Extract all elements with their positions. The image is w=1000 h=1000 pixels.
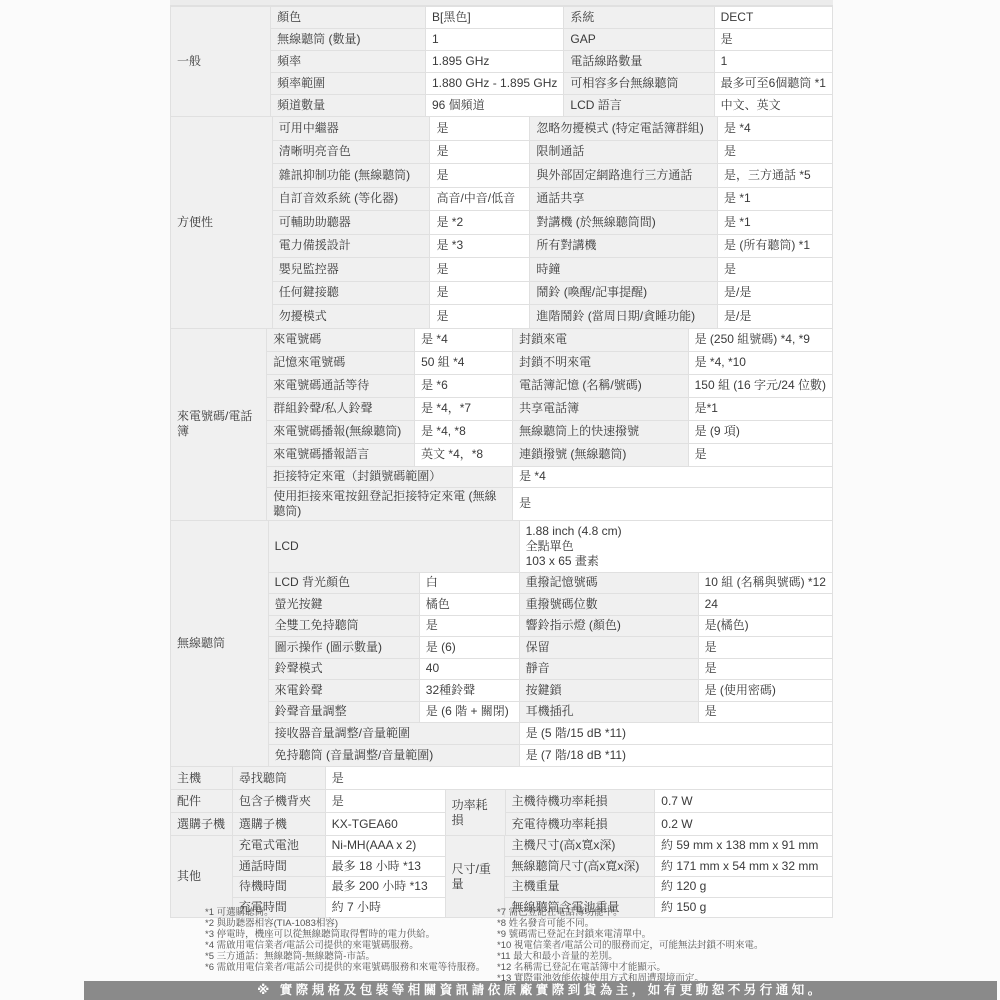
spec-value-cell: 0.2 W: [655, 813, 833, 836]
section-other: 其他充電式電池Ni-MH(AAA x 2)尺寸/重量主機尺寸(高x寬x深)約 5…: [170, 835, 833, 918]
footnote-line: *1 可選購聽筒。: [205, 908, 495, 919]
spec-label-cell: 功率耗損: [445, 790, 505, 836]
spec-value-cell: 是 *3: [430, 234, 530, 258]
spec-label-cell: 封鎖來電: [513, 328, 689, 351]
spec-label-cell: 頻率範圍: [271, 73, 426, 95]
footnote-line: *12 名稱需已登記在電話簿中才能顯示。: [497, 963, 927, 974]
spec-value-cell: 1.880 GHz - 1.895 GHz: [426, 73, 564, 95]
spec-label-cell: 選購子機: [232, 813, 325, 836]
category-cell: 無線聽筒: [171, 520, 269, 767]
table-row: 頻道數量96 個頻道LCD 語言中文、英文: [171, 95, 833, 117]
spec-value-cell: 英文 *4，*8: [415, 443, 513, 466]
table-row: 一般顏色B[黑色]系統DECT: [171, 7, 833, 29]
category-cell: 選購子機: [171, 813, 233, 836]
spec-value-cell: KX-TGEA60: [325, 813, 445, 836]
spec-value-cell: 是: [430, 117, 530, 141]
table-row: 頻率範圍1.880 GHz - 1.895 GHz可相容多台無線聽筒最多可至6個…: [171, 73, 833, 95]
footnote-line: *3 停電時，機座可以從無線聽筒取得暫時的電力供給。: [205, 930, 495, 941]
spec-label-cell: LCD 背光顏色: [268, 572, 419, 594]
table-row: 群組鈴聲/私人鈴聲是 *4，*7共享電話簿是*1: [171, 397, 833, 420]
spec-label-cell: 可相容多台無線聽筒: [564, 73, 714, 95]
spec-value-cell: 50 組 *4: [415, 351, 513, 374]
spec-value-cell: 是 (使用密碼): [698, 680, 832, 702]
spec-value-cell: 1: [714, 51, 832, 73]
table-row: 來電號碼播報(無線聽筒)是 *4, *8無線聽筒上的快速撥號是 (9 項): [171, 420, 833, 443]
table-row: 其他充電式電池Ni-MH(AAA x 2)尺寸/重量主機尺寸(高x寬x深)約 5…: [171, 836, 833, 857]
table-row: 拒接特定來電（封鎖號碼範圍）是 *4: [171, 466, 833, 487]
category-cell: 方便性: [171, 117, 273, 329]
spec-label-cell: 群組鈴聲/私人鈴聲: [267, 397, 415, 420]
spec-value-cell: 是*1: [688, 397, 832, 420]
section-caller-id-phonebook: 來電號碼/電話簿來電號碼是 *4封鎖來電是 (250 組號碼) *4, *9記憶…: [170, 328, 833, 521]
table-row: 記憶來電號碼50 組 *4封鎖不明來電是 *4, *10: [171, 351, 833, 374]
spec-label-cell: 靜音: [519, 658, 698, 680]
category-cell: 配件: [171, 790, 233, 813]
table-row: 來電號碼/電話簿來電號碼是 *4封鎖來電是 (250 組號碼) *4, *9: [171, 328, 833, 351]
spec-value-cell: 是 *4，*7: [415, 397, 513, 420]
spec-value-cell: 1.88 inch (4.8 cm)全點單色103 x 65 畫素: [519, 520, 832, 572]
spec-value-cell: 150 組 (16 字元/24 位數): [688, 374, 832, 397]
spec-value-cell: 是: [430, 164, 530, 188]
spec-value-cell: 是: [698, 637, 832, 659]
spec-label-cell: 與外部固定網路進行三方通話: [530, 164, 718, 188]
spec-value-cell: 最多 200 小時 *13: [325, 877, 445, 898]
spec-label-cell: 來電號碼播報(無線聽筒): [267, 420, 415, 443]
table-row: 接收器音量調整/音量範圍是 (5 階/15 dB *11): [171, 723, 833, 745]
spec-value-cell: 是 *4: [415, 328, 513, 351]
page-background: { "banner": { "text": "※ 實際規格及包裝等相關資訊請依原…: [0, 0, 1000, 1000]
spec-value-cell: 32種鈴聲: [419, 680, 519, 702]
table-row: 圖示操作 (圖示數量)是 (6)保留是: [171, 637, 833, 659]
spec-label-cell: 任何鍵接聽: [272, 281, 430, 305]
spec-value-cell: 是 (6): [419, 637, 519, 659]
footnotes-right-column: *7 需已登記在電話簿功能中。*8 姓名發音可能不同。*9 號碼需已登記在封鎖來…: [497, 908, 927, 985]
spec-label-cell: 圖示操作 (圖示數量): [268, 637, 419, 659]
spec-value-cell: 是: [430, 305, 530, 329]
spec-value-cell: 高音/中音/低音: [430, 187, 530, 211]
spec-label-cell: 保留: [519, 637, 698, 659]
spec-value-cell: 是 *6: [415, 374, 513, 397]
spec-label-cell: 耳機插孔: [519, 701, 698, 723]
table-row: 使用拒接來電按鈕登記拒接特定來電 (無線聽筒)是: [171, 487, 833, 520]
spec-label-cell: 勿擾模式: [272, 305, 430, 329]
spec-value-cell: 是: [430, 258, 530, 282]
footnote-line: *4 需啟用電信業者/電話公司提供的來電號碼服務。: [205, 941, 495, 952]
spec-label-cell: 接收器音量調整/音量範圍: [268, 723, 519, 745]
spec-value-cell: 是 (9 項): [688, 420, 832, 443]
spec-value-cell: 是，三方通話 *5: [718, 164, 833, 188]
footnote-line: *8 姓名發音可能不同。: [497, 919, 927, 930]
spec-label-cell: 無線聽筒尺寸(高x寬x深): [505, 856, 655, 877]
section-handset: 無線聽筒LCD1.88 inch (4.8 cm)全點單色103 x 65 畫素…: [170, 520, 833, 768]
footnote-line: *2 與助聽器相容(TIA-1083相容): [205, 919, 495, 930]
spec-value-cell: 0.7 W: [655, 790, 833, 813]
spec-label-cell: 清晰明亮音色: [272, 140, 430, 164]
spec-label-cell: 響鈴指示燈 (顏色): [519, 615, 698, 637]
spec-label-cell: 限制通話: [530, 140, 718, 164]
spec-label-cell: 自訂音效系統 (等化器): [272, 187, 430, 211]
category-cell: 主機: [171, 767, 233, 790]
spec-label-cell: 顏色: [271, 7, 426, 29]
spec-value-cell: 是 (7 階/18 dB *11): [519, 745, 832, 767]
spec-table: 一般顏色B[黑色]系統DECT無線聽筒 (數量)1GAP是頻率1.895 GHz…: [170, 6, 833, 918]
footnote-line: *7 需已登記在電話簿功能中。: [497, 908, 927, 919]
spec-label-cell: 主機尺寸(高x寬x深): [505, 836, 655, 857]
disclaimer-banner: ※ 實際規格及包裝等相關資訊請依原廠實際到貨為主，如有更動恕不另行通知。: [84, 981, 997, 1000]
spec-value-cell: 是: [718, 258, 833, 282]
spec-label-cell: 主機待機功率耗損: [505, 790, 655, 813]
spec-label-cell: 全雙工免持聽筒: [268, 615, 419, 637]
spec-value-cell: 是 (5 階/15 dB *11): [519, 723, 832, 745]
table-row: 配件包含子機背夾是功率耗損主機待機功率耗損0.7 W: [171, 790, 833, 813]
spec-label-cell: 使用拒接來電按鈕登記拒接特定來電 (無線聽筒): [267, 487, 513, 520]
spec-value-cell: 10 組 (名稱與號碼) *12: [698, 572, 832, 594]
spec-label-cell: 嬰兒監控器: [272, 258, 430, 282]
spec-value-cell: 是 *4, *10: [688, 351, 832, 374]
spec-label-cell: 免持聽筒 (音量調整/音量範圍): [268, 745, 519, 767]
spec-value-cell: Ni-MH(AAA x 2): [325, 836, 445, 857]
spec-label-cell: 鈴聲音量調整: [268, 701, 419, 723]
spec-label-cell: 重撥記憶號碼: [519, 572, 698, 594]
spec-label-cell: 待機時間: [232, 877, 325, 898]
spec-value-cell: DECT: [714, 7, 832, 29]
spec-label-cell: 充電待機功率耗損: [505, 813, 655, 836]
spec-label-cell: 通話時間: [232, 856, 325, 877]
spec-label-cell: 拒接特定來電（封鎖號碼範圍）: [267, 466, 513, 487]
spec-value-cell: 1: [426, 29, 564, 51]
table-row: 鈴聲音量調整是 (6 階 + 關閉)耳機插孔是: [171, 701, 833, 723]
spec-value-cell: 是 (6 階 + 關閉): [419, 701, 519, 723]
spec-label-cell: 通話共享: [530, 187, 718, 211]
table-row: 頻率1.895 GHz電話線路數量1: [171, 51, 833, 73]
spec-value-cell: 是: [698, 658, 832, 680]
spec-value-cell: 約 171 mm x 54 mm x 32 mm: [654, 856, 832, 877]
spec-label-cell: 尋找聽筒: [232, 767, 325, 790]
spec-value-cell: 是 *2: [430, 211, 530, 235]
spec-value-cell: 是 *1: [718, 187, 833, 211]
spec-value-cell: 是: [430, 281, 530, 305]
footnote-line: *10 視電信業者/電話公司的服務而定，可能無法封鎖不明來電。: [497, 941, 927, 952]
table-row: 主機尋找聽筒是: [171, 767, 833, 790]
spec-label-cell: 來電號碼播報語言: [267, 443, 415, 466]
spec-label-cell: 包含子機背夾: [232, 790, 325, 813]
spec-label-cell: 對講機 (於無線聽筒間): [530, 211, 718, 235]
spec-label-cell: LCD: [268, 520, 519, 572]
spec-value-cell: 是 *4, *8: [415, 420, 513, 443]
spec-value-cell: 是 (250 組號碼) *4, *9: [688, 328, 832, 351]
spec-value-cell: 是/是: [718, 281, 833, 305]
spec-label-cell: 來電號碼通話等待: [267, 374, 415, 397]
spec-label-cell: 主機重量: [505, 877, 655, 898]
table-row: 無線聽筒LCD1.88 inch (4.8 cm)全點單色103 x 65 畫素: [171, 520, 833, 572]
spec-value-cell: 1.895 GHz: [426, 51, 564, 73]
spec-value-cell: 白: [419, 572, 519, 594]
spec-value-cell: 最多 18 小時 *13: [325, 856, 445, 877]
spec-value-cell: 24: [698, 594, 832, 616]
spec-label-cell: 電力備援設計: [272, 234, 430, 258]
table-row: 鈴聲模式40靜音是: [171, 658, 833, 680]
table-row: 免持聽筒 (音量調整/音量範圍)是 (7 階/18 dB *11): [171, 745, 833, 767]
spec-value-cell: 是: [718, 140, 833, 164]
spec-label-cell: 進階鬧鈴 (當周日期/貪睡功能): [530, 305, 718, 329]
table-row: 螢光按鍵橘色重撥號碼位數24: [171, 594, 833, 616]
spec-value-cell: 是: [714, 29, 832, 51]
spec-label-cell: 按鍵鎖: [519, 680, 698, 702]
spec-label-cell: 充電式電池: [232, 836, 325, 857]
spec-value-cell: 是: [513, 487, 833, 520]
spec-label-cell: 所有對講機: [530, 234, 718, 258]
footnote-line: *6 需啟用電信業者/電話公司提供的來電號碼服務和來電等待服務。: [205, 963, 495, 974]
spec-label-cell: 共享電話簿: [513, 397, 689, 420]
spec-value-cell: 是: [419, 615, 519, 637]
spec-value-cell: B[黑色]: [426, 7, 564, 29]
spec-value-cell: 是 *4: [513, 466, 833, 487]
spec-value-cell: 是/是: [718, 305, 833, 329]
spec-label-cell: 頻率: [271, 51, 426, 73]
spec-label-cell: 鬧鈴 (喚醒/記事提醒): [530, 281, 718, 305]
spec-label-cell: 無線聽筒上的快速撥號: [513, 420, 689, 443]
footnote-line: *11 最大和最小音量的差別。: [497, 952, 927, 963]
spec-label-cell: 可輔助助聽器: [272, 211, 430, 235]
spec-label-cell: 時鐘: [530, 258, 718, 282]
spec-label-cell: 螢光按鍵: [268, 594, 419, 616]
spec-label-cell: 忽略勿擾模式 (特定電話簿群組): [530, 117, 718, 141]
spec-label-cell: 來電號碼: [267, 328, 415, 351]
spec-label-cell: 系統: [564, 7, 714, 29]
spec-value-cell: 最多可至6個聽筒 *1: [714, 73, 832, 95]
spec-label-cell: 來電鈴聲: [268, 680, 419, 702]
spec-label-cell: 封鎖不明來電: [513, 351, 689, 374]
category-cell: 一般: [171, 7, 271, 117]
spec-label-cell: 電話線路數量: [564, 51, 714, 73]
spec-label-cell: 尺寸/重量: [445, 836, 505, 918]
table-row: 來電號碼播報語言英文 *4，*8連鎖撥號 (無線聽筒)是: [171, 443, 833, 466]
spec-value-cell: 是 (所有聽筒) *1: [718, 234, 833, 258]
section-general: 一般顏色B[黑色]系統DECT無線聽筒 (數量)1GAP是頻率1.895 GHz…: [170, 6, 833, 117]
spec-label-cell: 電話簿記憶 (名稱/號碼): [513, 374, 689, 397]
spec-value-cell: 40: [419, 658, 519, 680]
table-row: 來電鈴聲32種鈴聲按鍵鎖是 (使用密碼): [171, 680, 833, 702]
spec-label-cell: 記憶來電號碼: [267, 351, 415, 374]
spec-value-cell: 約 59 mm x 138 mm x 91 mm: [654, 836, 832, 857]
spec-label-cell: 雜訊抑制功能 (無線聽筒): [272, 164, 430, 188]
footnotes-left-column: *1 可選購聽筒。*2 與助聽器相容(TIA-1083相容)*3 停電時，機座可…: [205, 908, 495, 974]
spec-label-cell: 頻道數量: [271, 95, 426, 117]
table-row: 來電號碼通話等待是 *6電話簿記憶 (名稱/號碼)150 組 (16 字元/24…: [171, 374, 833, 397]
spec-label-cell: 無線聽筒 (數量): [271, 29, 426, 51]
spec-value-cell: 中文、英文: [714, 95, 832, 117]
category-cell: 其他: [171, 836, 233, 918]
spec-value-cell: 是: [688, 443, 832, 466]
spec-value-cell: 是: [325, 790, 445, 813]
table-row: 全雙工免持聽筒是響鈴指示燈 (顏色)是(橘色): [171, 615, 833, 637]
spec-value-cell: 橘色: [419, 594, 519, 616]
category-cell: 來電號碼/電話簿: [171, 328, 267, 520]
table-row: 無線聽筒 (數量)1GAP是: [171, 29, 833, 51]
section-convenience: 方便性可用中繼器是忽略勿擾模式 (特定電話簿群組)是 *4清晰明亮音色是限制通話…: [170, 116, 833, 329]
spec-label-cell: 可用中繼器: [272, 117, 430, 141]
spec-label-cell: 連鎖撥號 (無線聽筒): [513, 443, 689, 466]
section-main-accessory-optional: 主機尋找聽筒是配件包含子機背夾是功率耗損主機待機功率耗損0.7 W選購子機選購子…: [170, 766, 833, 836]
spec-label-cell: 鈴聲模式: [268, 658, 419, 680]
footnote-line: *5 三方通話：無線聽筒-無線聽筒-市話。: [205, 952, 495, 963]
spec-value-cell: 是: [325, 767, 832, 790]
spec-label-cell: LCD 語言: [564, 95, 714, 117]
spec-value-cell: 是 *4: [718, 117, 833, 141]
spec-value-cell: 是 *1: [718, 211, 833, 235]
spec-label-cell: GAP: [564, 29, 714, 51]
spec-value-cell: 約 120 g: [654, 877, 832, 898]
footnote-line: *9 號碼需已登記在封鎖來電清單中。: [497, 930, 927, 941]
spec-value-cell: 是: [698, 701, 832, 723]
table-row: LCD 背光顏色白重撥記憶號碼10 組 (名稱與號碼) *12: [171, 572, 833, 594]
table-row: 方便性可用中繼器是忽略勿擾模式 (特定電話簿群組)是 *4: [171, 117, 833, 141]
spec-value-cell: 96 個頻道: [426, 95, 564, 117]
spec-value-cell: 是: [430, 140, 530, 164]
spec-value-cell: 是(橘色): [698, 615, 832, 637]
spec-label-cell: 重撥號碼位數: [519, 594, 698, 616]
